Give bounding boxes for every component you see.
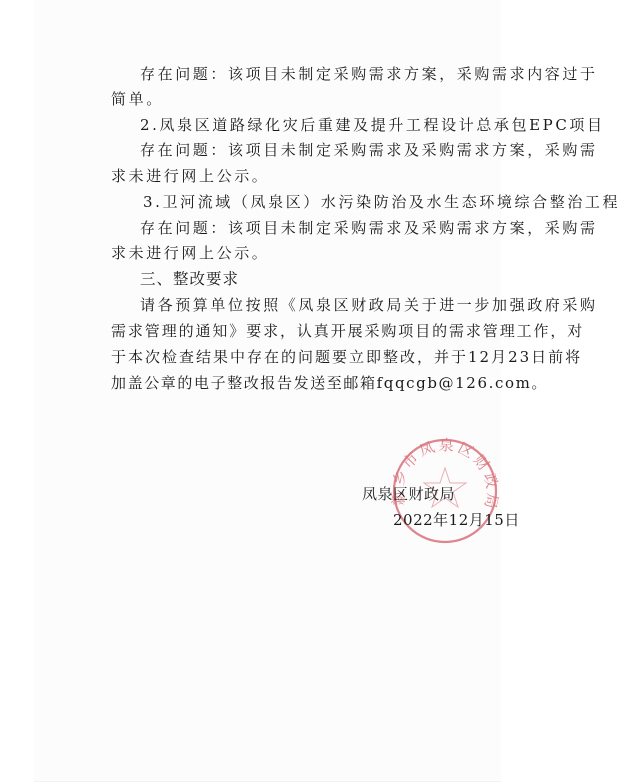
text-line: 需求管理的通知》要求，认真开展采购项目的需求管理工作，对: [111, 321, 531, 341]
text-line: 请各预算单位按照《凤泉区财政局关于进一步加强政府采购: [140, 295, 560, 315]
text-line: 于本次检查结果中存在的问题要立即整改，并于12月23日前将: [111, 347, 531, 367]
text-line: 存在问题：该项目未制定采购需求及采购需求方案，采购需: [140, 218, 560, 238]
signature-organization: 凤泉区财政局: [362, 484, 455, 504]
text-line: 求未进行网上公示。: [111, 166, 531, 186]
text-line: 存在问题：该项目未制定采购需求及采购需求方案，采购需: [140, 140, 560, 160]
text-line: 简单。: [111, 89, 531, 109]
text-line: 求未进行网上公示。: [111, 243, 531, 263]
signature-date: 2022年12月15日: [393, 510, 520, 530]
text-line: 存在问题：该项目未制定采购需求方案，采购需求内容过于: [140, 64, 560, 84]
list-item-title: 3.卫河流域（凤泉区）水污染防治及水生态环境综合整治工程: [143, 192, 563, 212]
text-line: 加盖公章的电子整改报告发送至邮箱fqqcgb@126.com。: [111, 373, 531, 393]
list-item-title: 2.凤泉区道路绿化灾后重建及提升工程设计总承包EPC项目: [140, 115, 560, 135]
section-heading: 三、整改要求: [140, 269, 560, 289]
